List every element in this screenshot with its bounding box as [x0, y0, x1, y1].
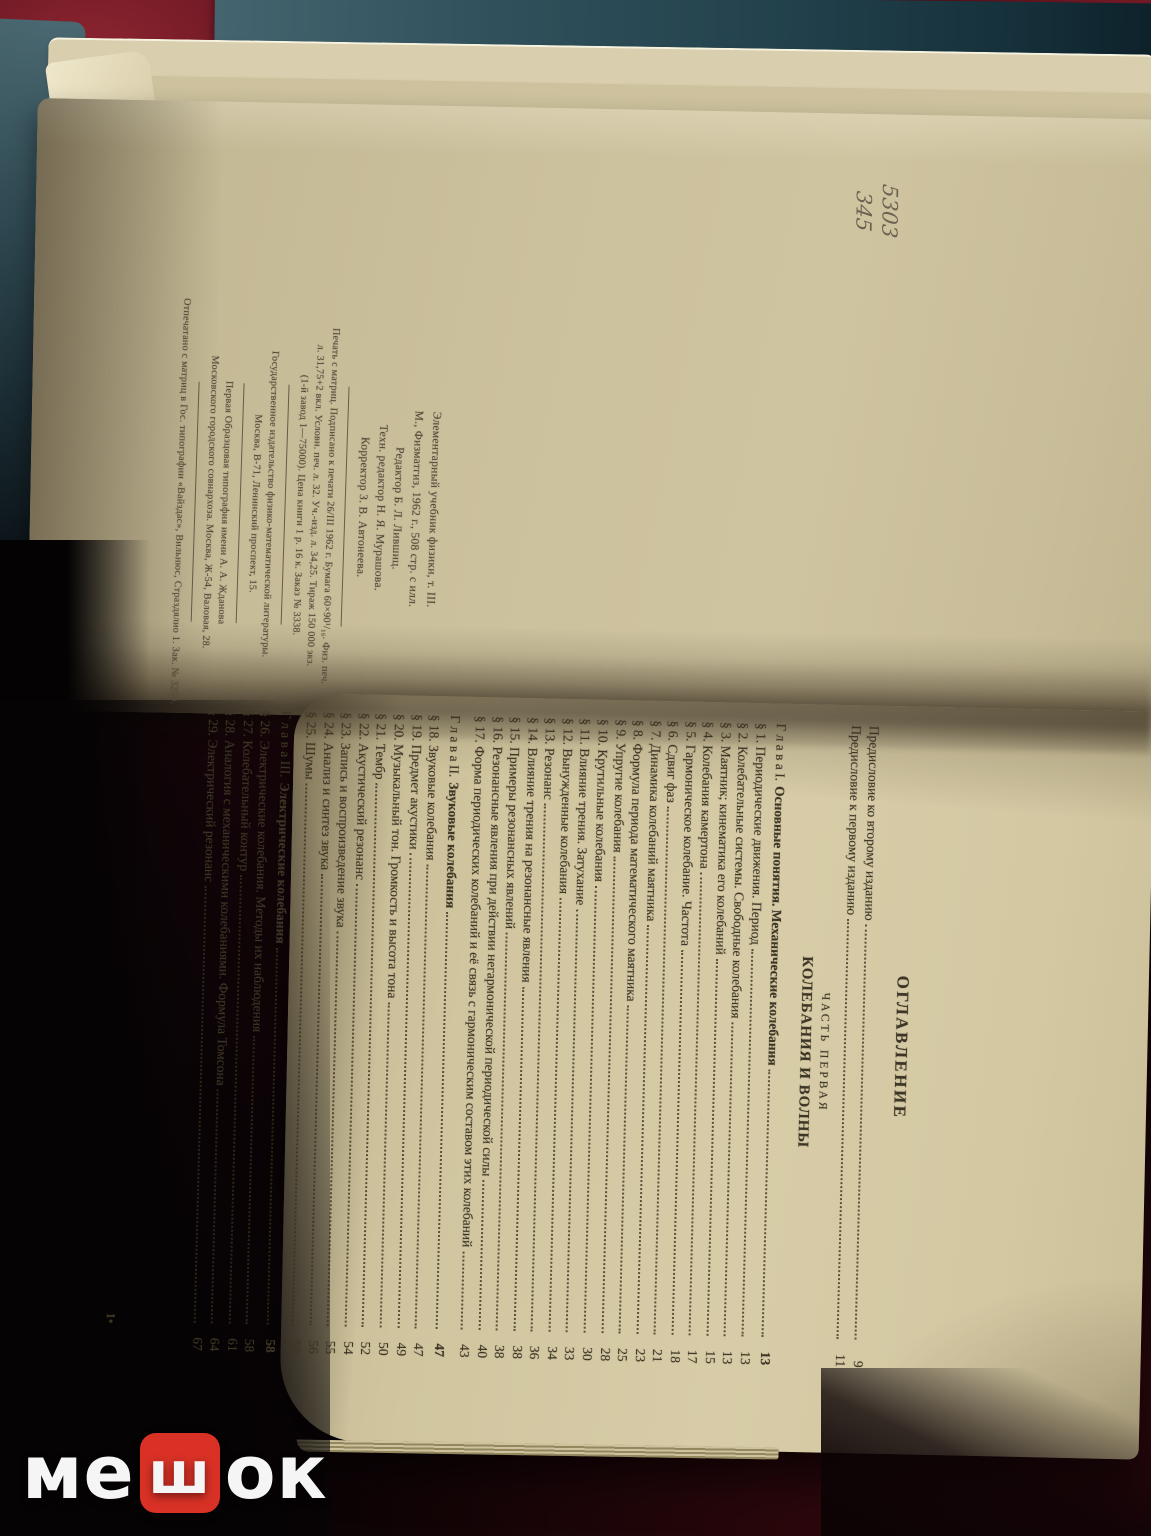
colophon-line-text: Редактор Б. Л. Лившиц.	[390, 447, 406, 570]
entry-page-number: 17	[684, 1339, 702, 1363]
watermark-text-right: ок	[225, 1430, 328, 1516]
entry-page-number: 36	[526, 1335, 544, 1359]
entry-page-number: 47	[409, 1332, 427, 1356]
entry-label: § 18. Звуковые колебания	[422, 714, 443, 860]
entry-label: ЧАСТЬ ПЕРВАЯ	[816, 978, 831, 1112]
colophon-line	[191, 382, 200, 622]
pencil-note-line2: 345	[850, 190, 877, 237]
entry-page-number: 30	[578, 1337, 596, 1361]
entry-label: Электрические колебания	[271, 782, 293, 944]
chapter-word: Г л а в а II.	[445, 715, 464, 778]
entry-label: КОЛЕБАНИЯ И ВОЛНЫ	[794, 942, 815, 1148]
pencil-note: 5303 345	[850, 180, 903, 240]
colophon-line-text: Корректор З. В. Автонеева.	[354, 437, 371, 578]
dotted-leader	[837, 919, 850, 1339]
dotted-leader	[461, 1251, 465, 1329]
entry-page-number: 50	[374, 1331, 392, 1355]
photo-scene: Элементарный учебник физики, т. III. М.,…	[0, 0, 1151, 1536]
entry-page-number: 23	[631, 1338, 649, 1362]
entry-page-number: 52	[357, 1331, 375, 1355]
entry-page-number: 40	[473, 1334, 491, 1358]
chapter-word: Г л а в а III.	[276, 711, 295, 778]
entry-page-number: 64	[205, 1327, 223, 1351]
entry-page-number: 25	[613, 1337, 631, 1361]
entry-page-number: 61	[223, 1328, 241, 1352]
entry-label: § 9. Упругие колебания	[609, 719, 630, 853]
entry-page-number: 28	[596, 1337, 614, 1361]
entry-page-number: 34	[543, 1336, 561, 1360]
watermark-logo-box: ш	[140, 1433, 220, 1513]
entry-label: § 21. Тембр	[371, 713, 390, 780]
toc-text-block: ОГЛАВЛЕНИЕ Предисловие ко второму издани…	[188, 709, 921, 1369]
entry-label: § 25. Шумы	[301, 711, 320, 780]
colophon-line	[236, 383, 245, 623]
colophon-text-block: Элементарный учебник физики, т. III. М.,…	[165, 275, 449, 736]
entry-page-number: 21	[648, 1338, 666, 1362]
entry-page-number: 13	[736, 1341, 754, 1365]
entry-page-number: 38	[491, 1334, 509, 1358]
dotted-leader	[266, 948, 278, 1325]
entry-page-number: 56	[304, 1330, 322, 1354]
entry-label: § 19. Предмет акустики	[405, 714, 426, 850]
entry-page-number: 13	[719, 1340, 737, 1364]
dotted-leader	[292, 784, 308, 1326]
entry-page-number: 67	[188, 1327, 206, 1351]
entry-page-number: 33	[561, 1336, 579, 1360]
entry-label: § 13. Резонанс	[540, 717, 560, 800]
entry-page-number: 15	[701, 1340, 719, 1364]
entry-page-number: 58	[287, 1329, 305, 1353]
entry-page-number: 43	[456, 1333, 474, 1357]
pencil-note-line1: 5303	[876, 183, 903, 240]
watermark: ме ш ок	[22, 1430, 328, 1516]
entry-label: Основные понятия. Механические колебания	[764, 786, 789, 1066]
watermark-text-left: ме	[22, 1430, 135, 1516]
entry-page-number: 11	[832, 1343, 850, 1367]
dotted-leader	[478, 1180, 484, 1330]
entry-page-number: 38	[508, 1335, 526, 1359]
entry-page-number: 54	[339, 1330, 357, 1354]
entry-page-number: 47	[430, 1333, 448, 1357]
entry-label: § 4. Колебания камертона	[696, 721, 717, 869]
entry-page-number: 55	[322, 1330, 340, 1354]
chapter-word: Г л а в а I.	[772, 723, 791, 781]
entry-label: Звуковые колебания	[441, 782, 462, 908]
signature-mark: 1•	[103, 1312, 118, 1323]
entry-page-number: 13	[757, 1341, 775, 1365]
dotted-leader	[211, 1090, 219, 1324]
entry-page-number: 49	[392, 1332, 410, 1356]
entry-page-number: 58	[241, 1328, 259, 1352]
entry-page-number: 18	[666, 1339, 684, 1363]
dotted-leader	[435, 912, 448, 1329]
dotted-leader	[762, 1070, 771, 1338]
entry-page-number: 9	[849, 1343, 867, 1367]
colophon-line	[281, 385, 290, 625]
bottom-right-shadow	[821, 1368, 1151, 1536]
entry-label: § 6. Сдвиг фаз	[663, 721, 683, 804]
toc-rows: Предисловие ко второму изданию 9 Предисл…	[188, 709, 883, 1368]
entry-page-number: 58	[261, 1329, 279, 1353]
colophon-line	[341, 387, 350, 627]
